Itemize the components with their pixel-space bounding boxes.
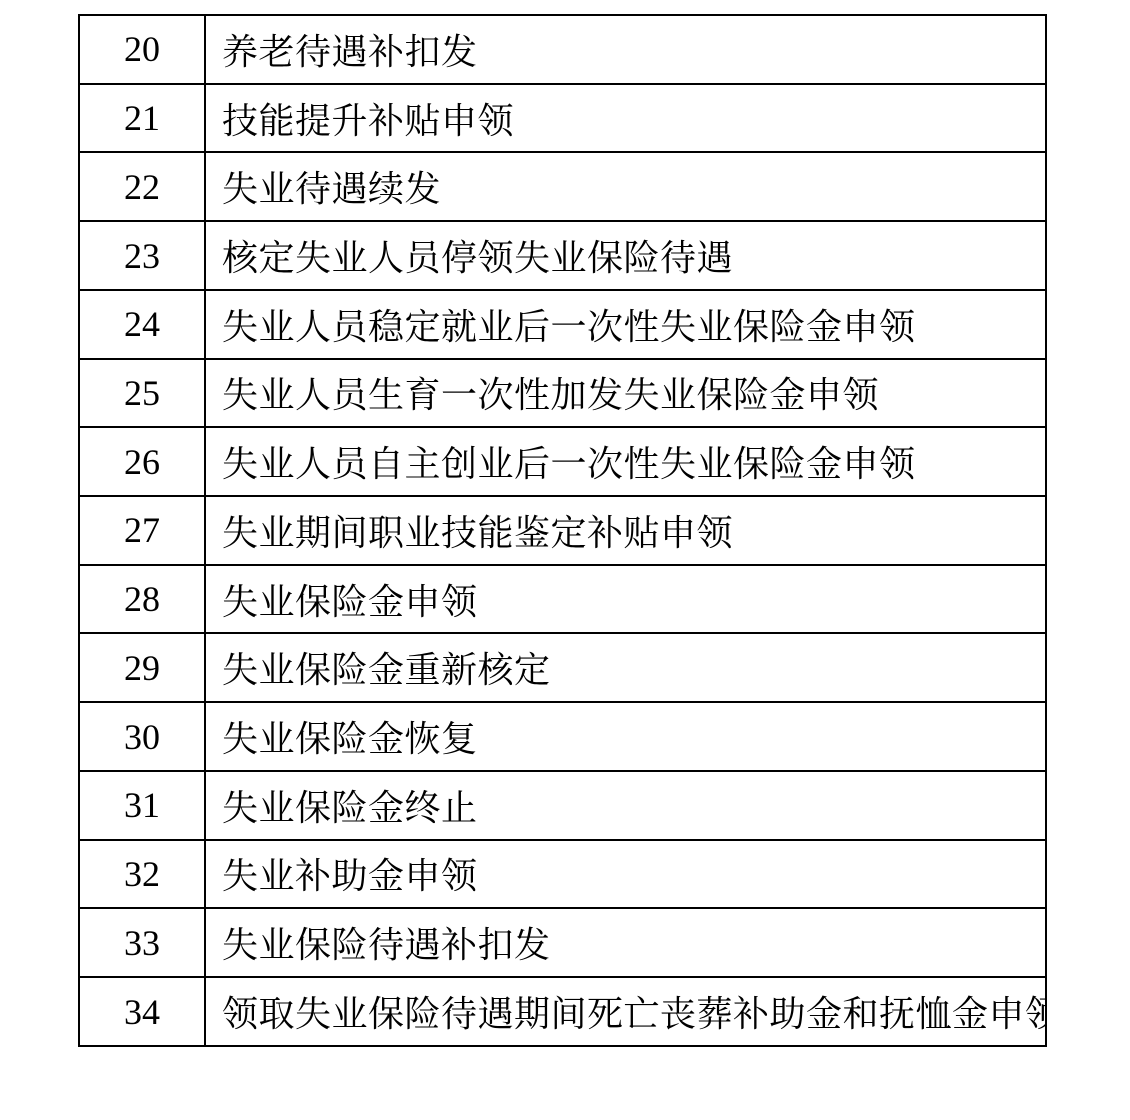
- service-items-table: 20 养老待遇补扣发 21 技能提升补贴申领 22 失业待遇续发 23 核定失业…: [78, 14, 1047, 1047]
- table-row: 26 失业人员自主创业后一次性失业保险金申领: [79, 427, 1046, 496]
- row-number-cell: 32: [79, 840, 205, 909]
- row-number-cell: 22: [79, 152, 205, 221]
- row-item-name-cell: 失业待遇续发: [205, 152, 1046, 221]
- row-item-name-cell: 技能提升补贴申领: [205, 84, 1046, 153]
- row-item-name-cell: 领取失业保险待遇期间死亡丧葬补助金和抚恤金申领: [205, 977, 1046, 1046]
- row-number-cell: 23: [79, 221, 205, 290]
- table-row: 23 核定失业人员停领失业保险待遇: [79, 221, 1046, 290]
- row-number-cell: 27: [79, 496, 205, 565]
- table-row: 21 技能提升补贴申领: [79, 84, 1046, 153]
- service-items-table-body: 20 养老待遇补扣发 21 技能提升补贴申领 22 失业待遇续发 23 核定失业…: [79, 15, 1046, 1046]
- row-item-name-cell: 失业保险金重新核定: [205, 633, 1046, 702]
- table-row: 24 失业人员稳定就业后一次性失业保险金申领: [79, 290, 1046, 359]
- row-item-name-cell: 核定失业人员停领失业保险待遇: [205, 221, 1046, 290]
- row-number-cell: 21: [79, 84, 205, 153]
- table-row: 29 失业保险金重新核定: [79, 633, 1046, 702]
- row-item-name-cell: 失业人员自主创业后一次性失业保险金申领: [205, 427, 1046, 496]
- row-number-cell: 31: [79, 771, 205, 840]
- row-number-cell: 20: [79, 15, 205, 84]
- table-row: 33 失业保险待遇补扣发: [79, 908, 1046, 977]
- row-item-name-cell: 失业期间职业技能鉴定补贴申领: [205, 496, 1046, 565]
- row-item-name-cell: 失业保险金恢复: [205, 702, 1046, 771]
- row-number-cell: 26: [79, 427, 205, 496]
- row-item-name-cell: 失业保险待遇补扣发: [205, 908, 1046, 977]
- table-row: 34 领取失业保险待遇期间死亡丧葬补助金和抚恤金申领: [79, 977, 1046, 1046]
- row-number-cell: 34: [79, 977, 205, 1046]
- row-number-cell: 28: [79, 565, 205, 634]
- table-row: 28 失业保险金申领: [79, 565, 1046, 634]
- table-row: 31 失业保险金终止: [79, 771, 1046, 840]
- row-item-name-cell: 失业补助金申领: [205, 840, 1046, 909]
- row-item-name-cell: 失业人员稳定就业后一次性失业保险金申领: [205, 290, 1046, 359]
- table-row: 25 失业人员生育一次性加发失业保险金申领: [79, 359, 1046, 428]
- document-page: 20 养老待遇补扣发 21 技能提升补贴申领 22 失业待遇续发 23 核定失业…: [0, 0, 1130, 1120]
- row-number-cell: 24: [79, 290, 205, 359]
- table-row: 20 养老待遇补扣发: [79, 15, 1046, 84]
- row-number-cell: 30: [79, 702, 205, 771]
- row-item-name-cell: 失业保险金申领: [205, 565, 1046, 634]
- row-item-name-cell: 失业人员生育一次性加发失业保险金申领: [205, 359, 1046, 428]
- row-number-cell: 29: [79, 633, 205, 702]
- table-row: 22 失业待遇续发: [79, 152, 1046, 221]
- table-row: 32 失业补助金申领: [79, 840, 1046, 909]
- row-item-name-cell: 养老待遇补扣发: [205, 15, 1046, 84]
- row-number-cell: 33: [79, 908, 205, 977]
- row-item-name-cell: 失业保险金终止: [205, 771, 1046, 840]
- table-row: 30 失业保险金恢复: [79, 702, 1046, 771]
- row-number-cell: 25: [79, 359, 205, 428]
- table-row: 27 失业期间职业技能鉴定补贴申领: [79, 496, 1046, 565]
